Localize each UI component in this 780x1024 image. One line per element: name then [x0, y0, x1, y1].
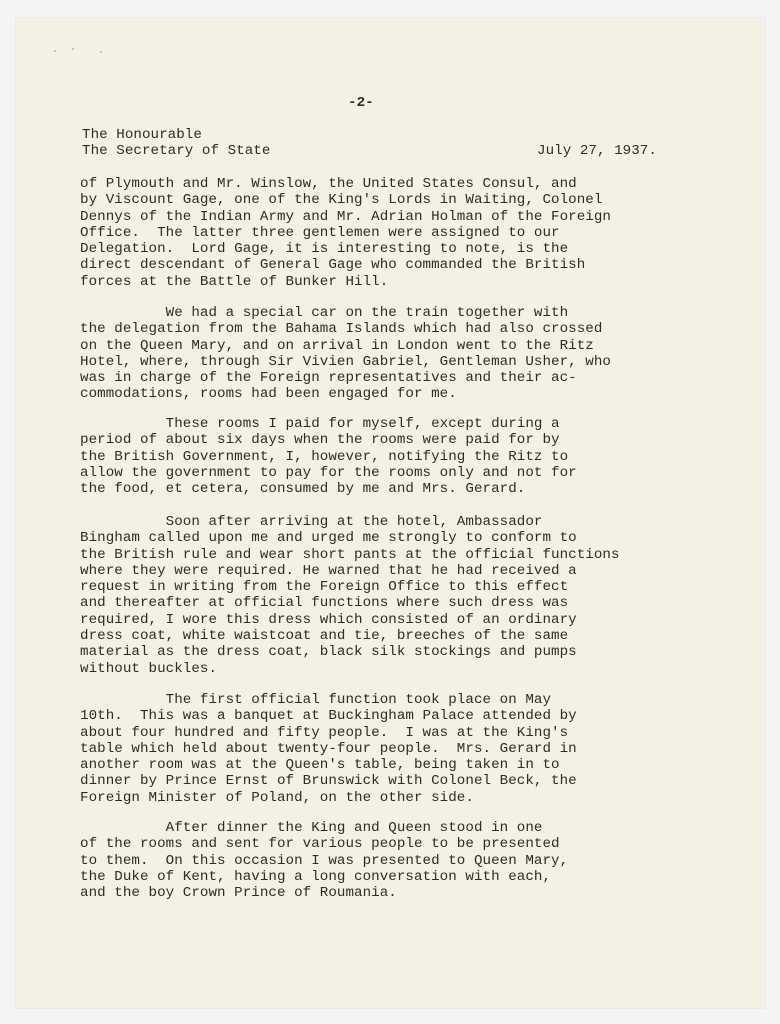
text-line: the British Government, I, however, noti…: [80, 449, 568, 465]
text-line: Dennys of the Indian Army and Mr. Adrian…: [80, 209, 611, 225]
text-line: Hotel, where, through Sir Vivien Gabriel…: [80, 354, 611, 370]
paragraph-4: Soon after arriving at the hotel, Ambass…: [80, 514, 620, 677]
paragraph-6: After dinner the King and Queen stood in…: [80, 820, 568, 901]
paper-speck: [54, 50, 56, 52]
text-line: dress coat, white waistcoat and tie, bre…: [80, 628, 568, 644]
addressee-block: The Honourable The Secretary of State: [82, 127, 270, 160]
text-line: of the rooms and sent for various people…: [80, 836, 560, 852]
text-line: period of about six days when the rooms …: [80, 432, 560, 448]
text-line: to them. On this occasion I was presente…: [80, 853, 568, 869]
text-line: was in charge of the Foreign representat…: [80, 370, 577, 386]
text-line: request in writing from the Foreign Offi…: [80, 579, 568, 595]
text-line: commodations, rooms had been engaged for…: [80, 386, 457, 402]
text-line: 10th. This was a banquet at Buckingham P…: [80, 708, 577, 724]
addressee-line-2: The Secretary of State: [82, 143, 270, 159]
text-line: direct descendant of General Gage who co…: [80, 257, 585, 273]
text-line: These rooms I paid for myself, except du…: [80, 416, 560, 432]
page-number: -2-: [348, 95, 374, 111]
text-line: forces at the Battle of Bunker Hill.: [80, 274, 388, 290]
text-line: the food, et cetera, consumed by me and …: [80, 481, 525, 497]
text-line: table which held about twenty-four peopl…: [80, 741, 577, 757]
paragraph-2: We had a special car on the train togeth…: [80, 305, 611, 403]
text-line: the Duke of Kent, having a long conversa…: [80, 869, 551, 885]
text-line: the delegation from the Bahama Islands w…: [80, 321, 602, 337]
paper-speck: [100, 51, 102, 53]
text-line: required, I wore this dress which consis…: [80, 612, 577, 628]
text-line: Bingham called upon me and urged me stro…: [80, 530, 577, 546]
addressee-line-1: The Honourable: [82, 127, 202, 143]
paragraph-1: of Plymouth and Mr. Winslow, the United …: [80, 176, 611, 290]
paragraph-5: The first official function took place o…: [80, 692, 577, 806]
text-line: of Plymouth and Mr. Winslow, the United …: [80, 176, 577, 192]
text-line: on the Queen Mary, and on arrival in Lon…: [80, 338, 594, 354]
text-line: and the boy Crown Prince of Roumania.: [80, 885, 397, 901]
text-line: We had a special car on the train togeth…: [80, 305, 568, 321]
text-line: Office. The latter three gentlemen were …: [80, 225, 560, 241]
text-line: allow the government to pay for the room…: [80, 465, 577, 481]
paragraph-3: These rooms I paid for myself, except du…: [80, 416, 577, 497]
text-line: without buckles.: [80, 661, 217, 677]
text-line: dinner by Prince Ernst of Brunswick with…: [80, 773, 577, 789]
text-line: The first official function took place o…: [80, 692, 551, 708]
text-line: where they were required. He warned that…: [80, 563, 577, 579]
text-line: Delegation. Lord Gage, it is interesting…: [80, 241, 568, 257]
text-line: After dinner the King and Queen stood in…: [80, 820, 542, 836]
paper-speck: [72, 48, 74, 50]
text-line: another room was at the Queen's table, b…: [80, 757, 560, 773]
text-line: the British rule and wear short pants at…: [80, 547, 620, 563]
text-line: material as the dress coat, black silk s…: [80, 644, 577, 660]
letter-date: July 27, 1937.: [537, 143, 657, 159]
text-line: and thereafter at official functions whe…: [80, 595, 568, 611]
text-line: Soon after arriving at the hotel, Ambass…: [80, 514, 542, 530]
text-line: by Viscount Gage, one of the King's Lord…: [80, 192, 602, 208]
text-line: about four hundred and fifty people. I w…: [80, 725, 568, 741]
text-line: Foreign Minister of Poland, on the other…: [80, 790, 474, 806]
